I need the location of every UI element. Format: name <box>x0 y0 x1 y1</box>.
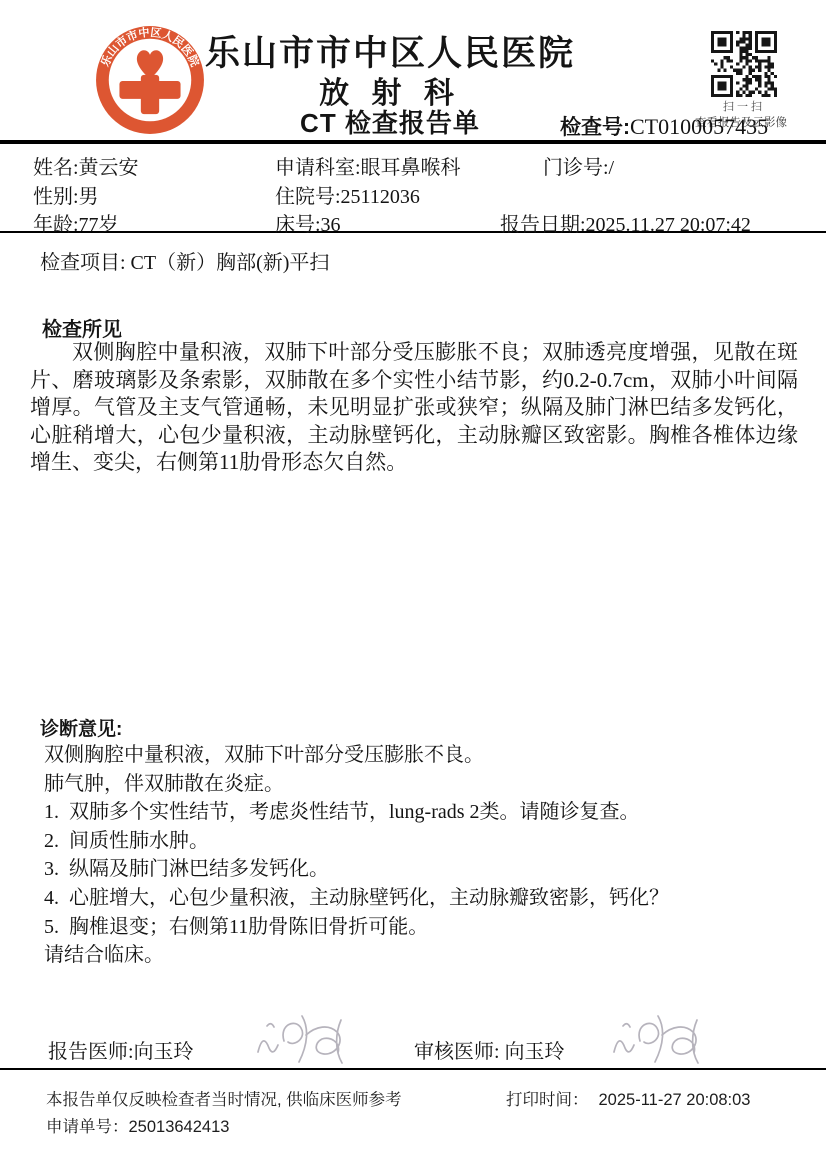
patient-outpatient-no-field: 门诊号:/ <box>543 151 614 180</box>
exam-number-label: 检查号: <box>560 111 630 141</box>
print-time-value: 2025-11-27 20:08:03 <box>599 1091 751 1109</box>
patient-bed-no-field: 床号:36 <box>275 208 341 237</box>
print-time-row: 打印时间：2025-11-27 20:08:03 <box>506 1086 751 1110</box>
footer-disclaimer: 本报告单仅反映检查者当时情况, 供临床医师参考 <box>46 1086 402 1110</box>
diagnosis-line: 请结合临床。 <box>44 941 796 970</box>
diagnosis-line: 5. 胸椎退变；右侧第11肋骨陈旧骨折可能。 <box>44 913 796 942</box>
request-no-row: 申请单号：25013642413 <box>46 1113 229 1137</box>
print-time-label: 打印时间： <box>506 1091 589 1109</box>
patient-gender-field: 性别:男 <box>33 180 99 209</box>
header-divider-thick <box>0 140 826 144</box>
report-title: CT 检查报告单 <box>150 103 630 140</box>
diagnosis-heading: 诊断意见: <box>40 714 122 741</box>
review-doctor-field: 审核医师: 向玉玲 <box>414 1035 565 1064</box>
diagnosis-line: 3. 纵隔及肺门淋巴结多发钙化。 <box>44 855 796 884</box>
diagnosis-line: 双侧胸腔中量积液，双肺下叶部分受压膨胀不良。 <box>44 741 796 770</box>
exam-number: 检查号:CT0100057435 <box>560 111 768 141</box>
review-doctor-signature <box>606 1010 706 1068</box>
request-no-value: 25013642413 <box>129 1118 230 1136</box>
report-date-field: 报告日期:2025.11.27 20:07:42 <box>500 208 751 237</box>
qr-code-icon <box>711 31 777 97</box>
patient-request-dept-field: 申请科室:眼耳鼻喉科 <box>275 151 461 180</box>
report-doctor-field: 报告医师:向玉玲 <box>48 1035 194 1064</box>
findings-body: 双侧胸腔中量积液，双肺下叶部分受压膨胀不良；双肺透亮度增强，见散在斑片、磨玻璃影… <box>30 339 798 477</box>
patient-name-field: 姓名:黄云安 <box>33 151 139 180</box>
report-doctor-signature <box>250 1010 350 1068</box>
diagnosis-line: 肺气肿，伴双肺散在炎症。 <box>44 770 796 799</box>
diagnosis-line: 2. 间质性肺水肿。 <box>44 827 796 856</box>
request-no-label: 申请单号： <box>46 1118 129 1136</box>
exam-item: 检查项目: CT（新）胸部(新)平扫 <box>40 246 329 275</box>
diagnosis-line: 1. 双肺多个实性结节，考虑炎性结节，lung-rads 2类。请随诊复查。 <box>44 798 796 827</box>
ct-report-page: 乐山市市中区人民医院 乐山市市中区人民医院 放 射 科 CT 检查报告单 扫一扫… <box>0 0 826 1169</box>
exam-number-value: CT0100057435 <box>630 114 768 140</box>
findings-heading: 检查所见 <box>42 313 122 342</box>
diagnosis-line: 4. 心脏增大，心包少量积液，主动脉壁钙化，主动脉瓣致密影，钙化？ <box>44 884 796 913</box>
footer-divider <box>0 1068 826 1070</box>
patient-inpatient-no-field: 住院号:25112036 <box>275 180 420 209</box>
diagnosis-list: 双侧胸腔中量积液，双肺下叶部分受压膨胀不良。 肺气肿，伴双肺散在炎症。 1. 双… <box>44 741 796 970</box>
patient-age-field: 年龄:77岁 <box>33 208 119 237</box>
